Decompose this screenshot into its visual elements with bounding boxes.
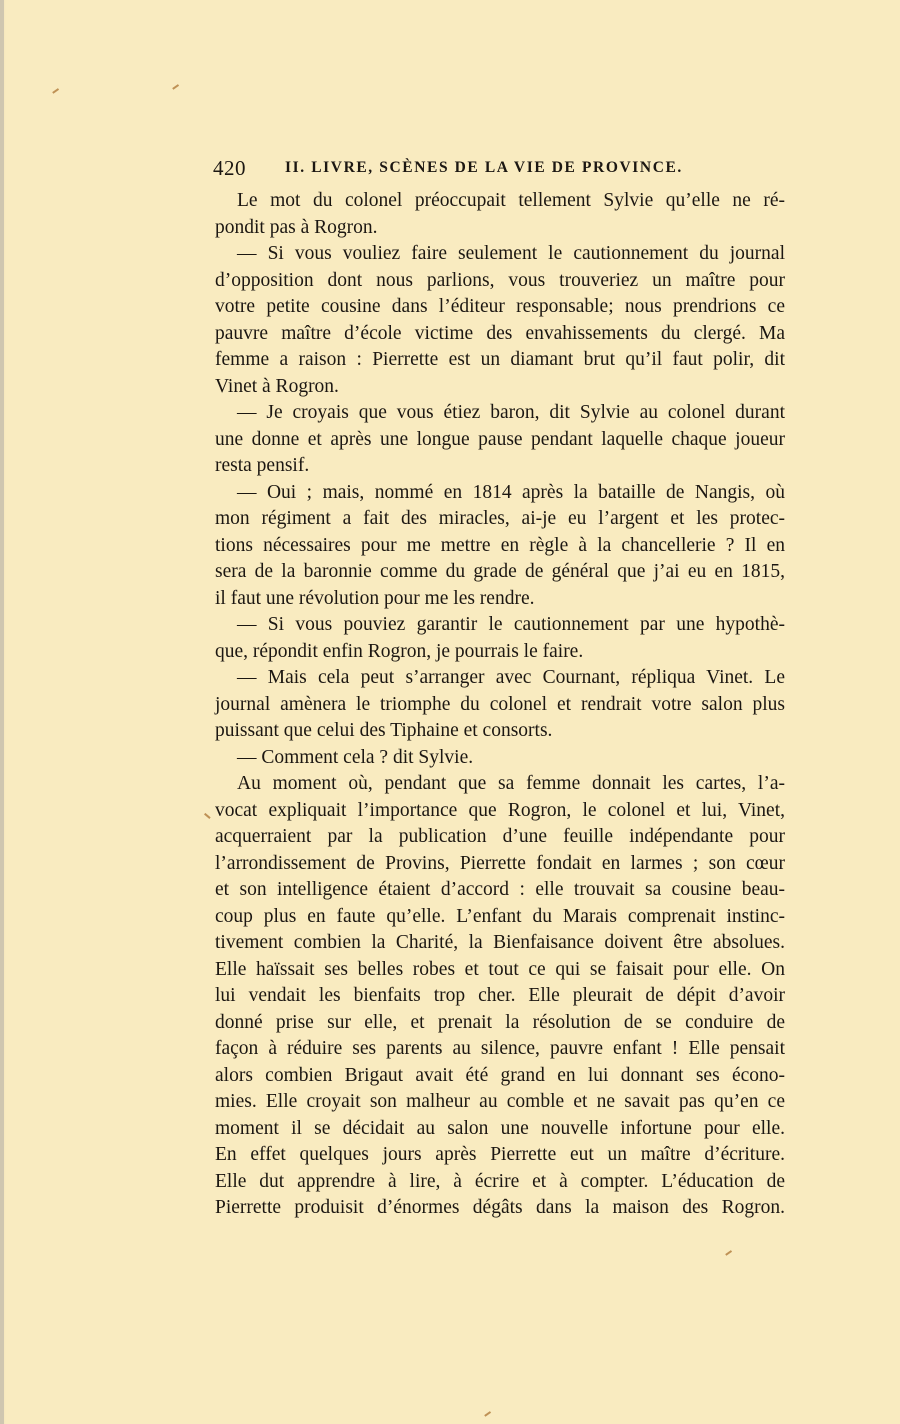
text-line: donné prise sur elle, et prenait la réso…: [215, 1010, 785, 1037]
text-line: Elle haïssait ses belles robes et tout c…: [215, 957, 785, 984]
text-line: tions nécessaires pour me mettre en règl…: [215, 533, 785, 560]
paper-speck: [204, 813, 210, 819]
text-line: que, répondit enfin Rogron, je pourrais …: [215, 639, 785, 666]
text-line: il faut une révolution pour me les rendr…: [215, 586, 785, 613]
text-line: coup plus en faute qu’elle. L’enfant du …: [215, 904, 785, 931]
text-line: Le mot du colonel préoccupait tellement …: [215, 188, 785, 215]
text-line: et son intelligence étaient d’accord : e…: [215, 877, 785, 904]
paper-speck: [172, 84, 179, 89]
text-line: l’arrondissement de Provins, Pierrette f…: [215, 851, 785, 878]
text-line: journal amènera le triomphe du colonel e…: [215, 692, 785, 719]
text-line: — Oui ; mais, nommé en 1814 après la bat…: [215, 480, 785, 507]
text-line: tivement combien la Charité, la Bienfais…: [215, 930, 785, 957]
book-page: 420 II. LIVRE, SCÈNES DE LA VIE DE PROVI…: [0, 0, 900, 1424]
text-line: Vinet à Rogron.: [215, 374, 785, 401]
text-line: lui vendait les bienfaits trop cher. Ell…: [215, 983, 785, 1010]
text-line: d’opposition dont nous parlions, vous tr…: [215, 268, 785, 295]
text-line: — Je croyais que vous étiez baron, dit S…: [215, 400, 785, 427]
paper-speck: [52, 88, 59, 93]
text-line: alors combien Brigaut avait été grand en…: [215, 1063, 785, 1090]
text-line: — Si vous vouliez faire seulement le cau…: [215, 241, 785, 268]
text-line: Au moment où, pendant que sa femme donna…: [215, 771, 785, 798]
text-line: — Comment cela ? dit Sylvie.: [215, 745, 785, 772]
page-edge: [0, 0, 4, 1424]
text-line: mies. Elle croyait son malheur au comble…: [215, 1089, 785, 1116]
text-line: puissant que celui des Tiphaine et conso…: [215, 718, 785, 745]
body-text: Le mot du colonel préoccupait tellement …: [215, 188, 785, 1222]
page-header: 420 II. LIVRE, SCÈNES DE LA VIE DE PROVI…: [213, 156, 788, 184]
text-line: pauvre maître d’école victime des envahi…: [215, 321, 785, 348]
paper-speck: [725, 1250, 732, 1255]
text-line: resta pensif.: [215, 453, 785, 480]
text-line: moment il se décidait au salon une nouve…: [215, 1116, 785, 1143]
text-line: vocat expliquait l’importance que Rogron…: [215, 798, 785, 825]
text-line: Pierrette produisit d’énormes dégâts dan…: [215, 1195, 785, 1222]
running-head: II. LIVRE, SCÈNES DE LA VIE DE PROVINCE.: [285, 159, 683, 177]
text-line: votre petite cousine dans l’éditeur resp…: [215, 294, 785, 321]
text-line: une donne et après une longue pause pend…: [215, 427, 785, 454]
text-line: — Si vous pouviez garantir le cautionnem…: [215, 612, 785, 639]
text-line: façon à réduire ses parents au silence, …: [215, 1036, 785, 1063]
text-line: En effet quelques jours après Pierrette …: [215, 1142, 785, 1169]
text-line: acquerraient par la publication d’une fe…: [215, 824, 785, 851]
paper-speck: [484, 1411, 491, 1416]
text-line: pondit pas à Rogron.: [215, 215, 785, 242]
text-line: mon régiment a fait des miracles, ai-je …: [215, 506, 785, 533]
text-line: Elle dut apprendre à lire, à écrire et à…: [215, 1169, 785, 1196]
text-line: — Mais cela peut s’arranger avec Cournan…: [215, 665, 785, 692]
text-line: sera de la baronnie comme du grade de gé…: [215, 559, 785, 586]
page-number: 420: [213, 156, 246, 181]
text-line: femme a raison : Pierrette est un diaman…: [215, 347, 785, 374]
